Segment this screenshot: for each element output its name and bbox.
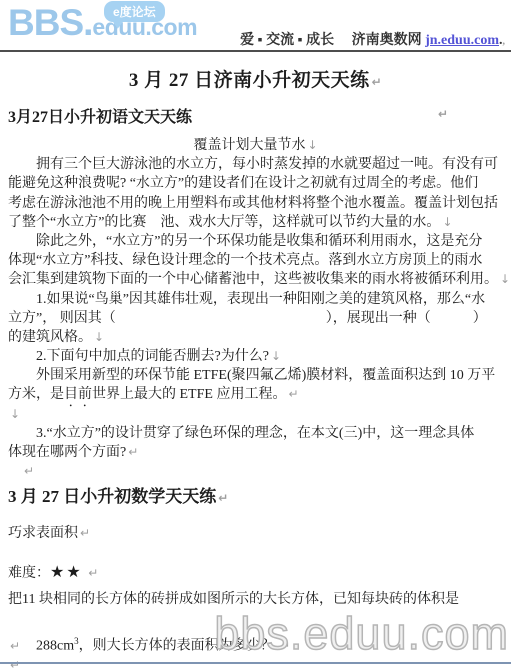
bottom-divider	[0, 662, 511, 664]
line-text: 了整个“水立方”的比赛 池、戏水大厅等，这样就可以节约大量的水。	[8, 215, 440, 230]
text-line: 会汇集到建筑物下面的一个中心储蓄池中，这些被收集来的雨水将被循环利用。↓	[8, 270, 503, 289]
line-text: 的建筑风格。	[8, 330, 92, 345]
math-section-heading: 3 月 27 日小升初数学天天练↵	[8, 482, 503, 507]
line-text: 体现在哪两个方面?	[8, 445, 126, 460]
difficulty-label: 难度：	[8, 566, 50, 581]
math-topic: 巧求表面积↵	[8, 522, 503, 542]
return-mark: ↓	[442, 215, 452, 229]
page-title-text: 3 月 27 日济南小升初天天练	[129, 70, 370, 91]
chinese-heading-text: 3月27日小升初语文天天练	[8, 109, 192, 126]
difficulty-stars: ★★	[50, 564, 83, 581]
passage-and-questions: 覆盖计划大量节水↓ 拥有三个巨大游泳池的水立方，每小时蒸发掉的水就要超过一吨。有…	[8, 136, 503, 481]
text-line: 拥有三个巨大游泳池的水立方，每小时蒸发掉的水就要超过一吨。有没有可	[8, 155, 503, 174]
line-text: 除此之外，“水立方”的另一个环保功能是收集和循环利用雨水，这是充分	[8, 234, 482, 249]
line-text	[8, 464, 22, 479]
line-text: 拥有三个巨大游泳池的水立方，每小时蒸发掉的水就要超过一吨。有没有可	[8, 157, 498, 172]
tagline-text: 爱 ▪ 交流 ▪ 成长 济南奥数网	[240, 33, 425, 48]
text-line: 立方”， 则因其（ ），展现出一种（ ）	[8, 309, 503, 328]
document-content: 3 月 27 日济南小升初天天练↵ 3月27日小升初语文天天练↵ 覆盖计划大量节…	[8, 52, 503, 668]
text-line: 方米，是目前世界上最大的 ETFE 应用工程。↵	[8, 385, 503, 404]
text-line: 1.如果说“鸟巢”因其雄伟壮观，表现出一种阳刚之美的建筑风格，那么“水	[8, 290, 503, 309]
line-text: 覆盖计划大量节水	[193, 138, 305, 153]
return-mark: ↓	[271, 349, 281, 363]
text-line: 考虑在游泳池池不用的晚上用塑料布或其他材料将整个池水覆盖。覆盖计划包括	[8, 194, 503, 213]
watermark-bbs-eduu: bbs.eduu.com	[214, 608, 509, 660]
line-text: 3.“水立方”的设计贯穿了绿色环保的理念，在本文(三)中，这一理念具体	[8, 426, 474, 441]
paragraph-mark: ,	[503, 36, 506, 47]
jn-eduu-link[interactable]: jn.eduu.com	[425, 33, 499, 48]
math-topic-text: 巧求表面积	[8, 526, 78, 541]
return-mark: ↵	[288, 387, 298, 401]
site-header: BBS.eduu.com e度论坛 爱 ▪ 交流 ▪ 成长 济南奥数网 jn.e…	[0, 0, 511, 52]
line-text: 能避免这种浪费呢? “水立方”的建设者们在设计之初就有过周全的考虑。他们	[8, 176, 478, 191]
logo-bbs-text: BBS.	[8, 2, 92, 44]
text-line: 体现“水立方”科技、绿色设计理念的一个技术亮点。落到水立方房顶上的雨水	[8, 251, 503, 270]
math-heading-text: 3 月 27 日小升初数学天天练	[8, 487, 216, 506]
return-mark: ↵	[372, 75, 383, 89]
bbs-eduu-logo[interactable]: BBS.eduu.com	[8, 2, 197, 44]
document-page: BBS.eduu.com e度论坛 爱 ▪ 交流 ▪ 成长 济南奥数网 jn.e…	[0, 0, 511, 668]
text-line: 除此之外，“水立方”的另一个环保功能是收集和循环利用雨水，这是充分	[8, 232, 503, 251]
text-line: 了整个“水立方”的比赛 池、戏水大厅等，这样就可以节约大量的水。↓	[8, 213, 503, 232]
header-tagline: 爱 ▪ 交流 ▪ 成长 济南奥数网 jn.eduu.com.,	[240, 29, 505, 49]
page-title: 3 月 27 日济南小升初天天练↵	[8, 65, 503, 92]
return-mark: ↵	[438, 107, 448, 121]
text-line: 体现在哪两个方面?↵	[8, 443, 503, 462]
line-text: 世界上最大的 ETFE 应用工程。	[92, 387, 286, 402]
return-mark: ↓	[500, 272, 510, 286]
line-text: 方米，是	[8, 387, 64, 402]
return-mark: ↓	[10, 407, 20, 421]
return-mark: ↵	[88, 566, 98, 580]
return-mark: ↵	[218, 491, 228, 505]
text-line: 的建筑风格。↓	[8, 328, 503, 347]
text-line: 外围采用新型的环保节能 ETFE(聚四氟乙烯)膜材料，覆盖面积达到 10 万平	[8, 366, 503, 385]
return-mark: ↵	[10, 639, 20, 653]
return-mark: ↓	[94, 330, 104, 344]
line-text: 2.下面句中加点的词能否删去?为什么?	[8, 349, 269, 364]
text-line: 2.下面句中加点的词能否删去?为什么?↓	[8, 347, 503, 366]
problem-value: 288cm	[36, 639, 74, 654]
return-mark: ↵	[128, 445, 138, 459]
line-text: 1.如果说“鸟巢”因其雄伟壮观，表现出一种阳刚之美的建筑风格，那么“水	[8, 292, 485, 307]
emphasized-text: 目前	[64, 387, 92, 402]
return-mark: ↵	[80, 526, 90, 540]
text-line: ↓	[8, 405, 503, 424]
line-text: 会汇集到建筑物下面的一个中心储蓄池中，这些被收集来的雨水将被循环利用。	[8, 272, 498, 287]
text-line: 3.“水立方”的设计贯穿了绿色环保的理念，在本文(三)中，这一理念具体	[8, 424, 503, 443]
return-mark: ↓	[307, 138, 317, 152]
eduu-forum-badge: e度论坛	[104, 1, 165, 22]
return-mark: ↵	[24, 464, 34, 478]
chinese-section-heading: 3月27日小升初语文天天练↵	[8, 104, 503, 127]
line-text: 立方”， 则因其（ ），展现出一种（ ）	[8, 311, 487, 326]
line-text: 体现“水立方”科技、绿色设计理念的一个技术亮点。落到水立方房顶上的雨水	[8, 253, 482, 268]
text-line: 能避免这种浪费呢? “水立方”的建设者们在设计之初就有过周全的考虑。他们	[8, 174, 503, 193]
line-text: 考虑在游泳池池不用的晚上用塑料布或其他材料将整个池水覆盖。覆盖计划包括	[8, 196, 498, 211]
difficulty-row: 难度：★★ ↵	[8, 562, 503, 582]
text-line: ↵	[8, 462, 503, 481]
line-text: 外围采用新型的环保节能 ETFE(聚四氟乙烯)膜材料，覆盖面积达到 10 万平	[8, 368, 495, 383]
text-line: 覆盖计划大量节水↓	[8, 136, 503, 155]
